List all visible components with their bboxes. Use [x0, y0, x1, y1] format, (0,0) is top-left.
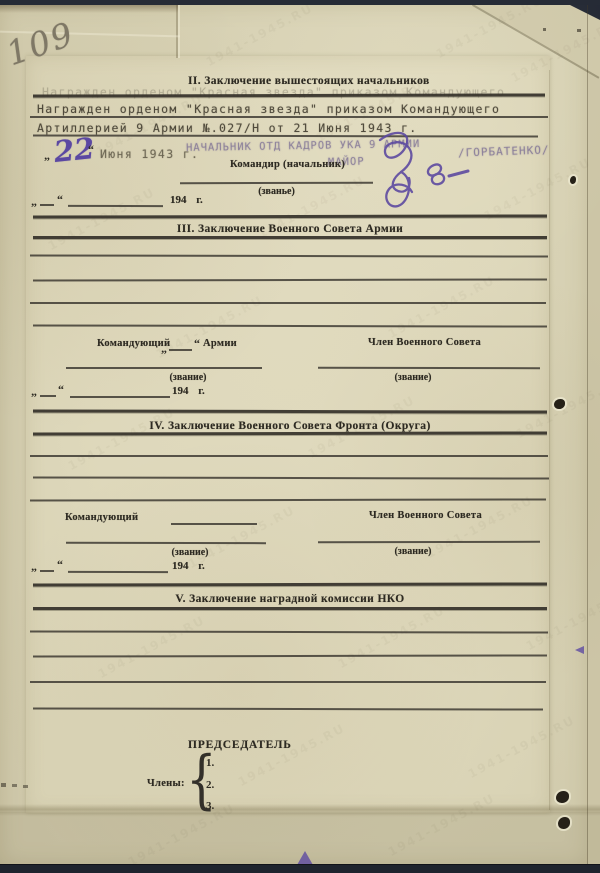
photo-background-bottom — [0, 864, 600, 873]
paper-speck — [1, 783, 6, 787]
ruled-line — [30, 681, 546, 683]
ruled-line — [33, 236, 547, 239]
rank-hint-iv-right: (звание) — [343, 546, 483, 557]
year-stub-iii: 194 г. — [172, 385, 205, 397]
rank-hint-iii-left: (звание) — [118, 372, 258, 383]
close-quote: “ — [88, 142, 94, 157]
ruled-line — [30, 116, 548, 118]
close-quote: “ — [57, 192, 63, 207]
rank-hint-ii: (званье) — [180, 186, 373, 197]
section-iii-title: III. Заключение Военного Совета Армии — [33, 223, 547, 235]
member-label-iii: Член Военного Совета — [368, 337, 481, 348]
member-slot-2: 2. — [206, 779, 214, 791]
commander-label-iv: Командующий — [65, 512, 138, 523]
ruled-line — [30, 302, 546, 304]
ruled-line — [180, 182, 373, 184]
ruled-line — [66, 542, 266, 544]
ruled-line — [30, 455, 548, 457]
paper-speck — [577, 29, 581, 32]
paper-speck — [12, 784, 17, 787]
member-slot-3: 3. — [206, 800, 214, 812]
open-quote: „ — [31, 194, 37, 209]
typed-award-line-1: Награжден орденом "Красная звезда" прика… — [37, 102, 500, 116]
paper-speck — [543, 28, 546, 31]
fold-shadow — [0, 812, 600, 864]
member-slot-1: 1. — [206, 757, 214, 769]
close-quote: “ — [58, 382, 64, 397]
open-quote: „ — [31, 559, 37, 574]
rank-hint-iv-left: (звание) — [120, 547, 260, 558]
ruled-line — [70, 396, 170, 398]
edge-smudge — [0, 4, 178, 13]
open-quote: „ — [31, 384, 37, 399]
close-quote: “ — [57, 557, 63, 572]
section-iv-title: IV. Заключение Военного Совета Фронта (О… — [33, 420, 547, 432]
year-stub-iv: 194 г. — [172, 560, 205, 572]
ruled-line — [66, 367, 262, 369]
year-stub-ii: 194 г. — [170, 194, 203, 206]
commander-prefix-iii: Командующий — [97, 338, 170, 349]
ruled-line — [40, 395, 56, 397]
ruled-line — [171, 523, 257, 525]
signature-ink — [352, 128, 474, 220]
crease — [178, 4, 180, 58]
ruled-line — [68, 571, 168, 573]
open-quote: „ — [161, 341, 167, 356]
members-label: Члены: — [147, 778, 185, 789]
ruled-line — [169, 349, 192, 351]
typed-ghost-line: Награжден орденом "Красная звезда" прика… — [42, 85, 505, 99]
typed-date: Июня 1943 г. — [100, 147, 199, 161]
open-quote: „ — [44, 148, 50, 163]
scanned-award-document: 1941-1945.RU1941-1945.RU1941-1945.RU1941… — [0, 0, 600, 873]
commander-suffix-iii: Армии — [203, 338, 237, 349]
paper-speck — [23, 785, 28, 788]
rank-hint-iii-right: (звание) — [343, 372, 483, 383]
section-v-title: V. Заключение наградной комиссии НКО — [33, 593, 547, 605]
ruled-line — [40, 570, 54, 572]
close-quote: “ — [194, 336, 200, 351]
ruled-line — [68, 205, 163, 207]
sheet-edge — [587, 4, 588, 864]
ruled-line — [40, 204, 54, 206]
commander-label-ii: Командир (начальник) — [230, 159, 345, 170]
ruled-line — [33, 607, 547, 610]
member-label-iv: Член Военного Совета — [369, 510, 482, 521]
photo-background-top — [0, 0, 600, 5]
